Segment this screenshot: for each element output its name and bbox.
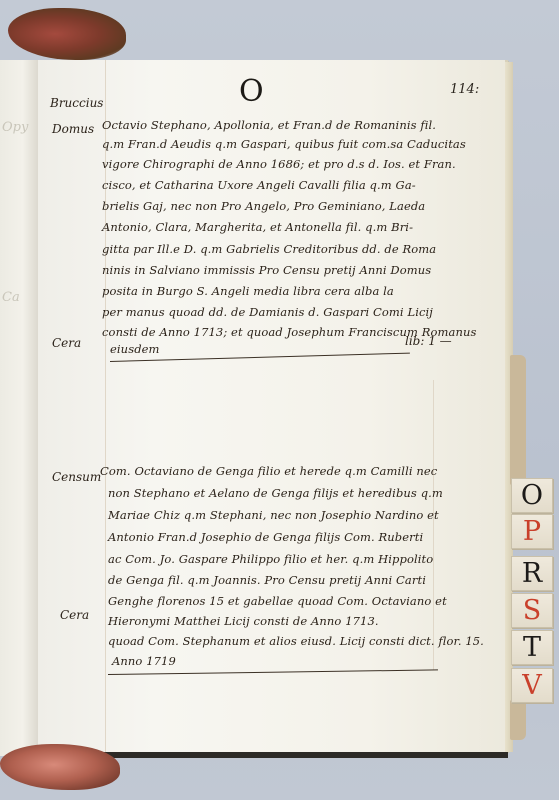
folio-number: 114: <box>450 82 479 97</box>
entry-line: Anno 1719 <box>112 654 176 668</box>
entry-line: Octavio Stephano, Apollonia, et Fran.d d… <box>102 118 436 132</box>
index-tab-v[interactable]: V <box>511 668 553 703</box>
entry-line: cisco, et Catharina Uxore Angeli Cavalli… <box>102 178 416 192</box>
entry-amount: lib: 1 — <box>405 334 452 348</box>
entry-line: Mariae Chiz q.m Stephani, nec non Joseph… <box>108 508 439 522</box>
entry-line: q.m Fran.d Aeudis q.m Gaspari, quibus fu… <box>102 137 466 151</box>
entry-line: eiusdem <box>110 342 160 356</box>
index-tab-p[interactable]: P <box>511 514 553 549</box>
entry-line: Antonio, Clara, Margherita, et Antonella… <box>102 220 413 234</box>
entry-line: Hieronymi Matthei Licij consti de Anno 1… <box>108 614 379 628</box>
entry-line: de Genga fil. q.m Joannis. Pro Censu pre… <box>108 573 426 587</box>
entry-line: Antonio Fran.d Josephio de Genga filijs … <box>108 530 423 544</box>
entry-line: quoad Com. Stephanum et alios eiusd. Lic… <box>108 634 484 648</box>
torn-page-fragment <box>510 700 526 740</box>
entry-line: vigore Chirographi de Anno 1686; et pro … <box>102 157 456 171</box>
margin-label-property: Domus <box>52 122 94 136</box>
entry-line: ac Com. Jo. Gaspare Philippo filio et he… <box>108 552 433 566</box>
index-tab-s[interactable]: S <box>511 593 553 628</box>
bleed-through-text: Ca <box>2 290 20 305</box>
bleed-through-text: Opy <box>2 120 28 135</box>
margin-label-payment: Cera <box>60 608 89 622</box>
margin-rule <box>433 380 434 670</box>
entry-line: Genghe florenos 15 et gabellae quoad Com… <box>108 594 447 608</box>
margin-label-census: Censum <box>52 470 101 484</box>
entry-line: posita in Burgo S. Angeli media libra ce… <box>102 284 394 298</box>
entry-line: Com. Octaviano de Genga filio et herede … <box>100 464 437 478</box>
entry-line: gitta par Ill.e D. q.m Gabrielis Credito… <box>102 242 436 256</box>
index-tab-o[interactable]: O <box>511 478 553 513</box>
section-letter-heading: O <box>239 74 264 109</box>
entry-line: non Stephano et Aelano de Genga filijs e… <box>108 486 443 500</box>
left-page-edge: Opy Ca <box>0 60 39 756</box>
margin-label-surname: Bruccius <box>50 96 103 110</box>
entry-line: ninis in Salviano immissis Pro Censu pre… <box>102 263 431 277</box>
entry-line: brielis Gaj, nec non Pro Angelo, Pro Gem… <box>102 199 425 213</box>
index-tab-t[interactable]: T <box>511 630 553 665</box>
index-tab-r[interactable]: R <box>511 556 553 591</box>
torn-page-fragment <box>510 355 526 485</box>
margin-label-payment: Cera <box>52 336 81 350</box>
entry-line: per manus quoad dd. de Damianis d. Gaspa… <box>102 305 433 319</box>
